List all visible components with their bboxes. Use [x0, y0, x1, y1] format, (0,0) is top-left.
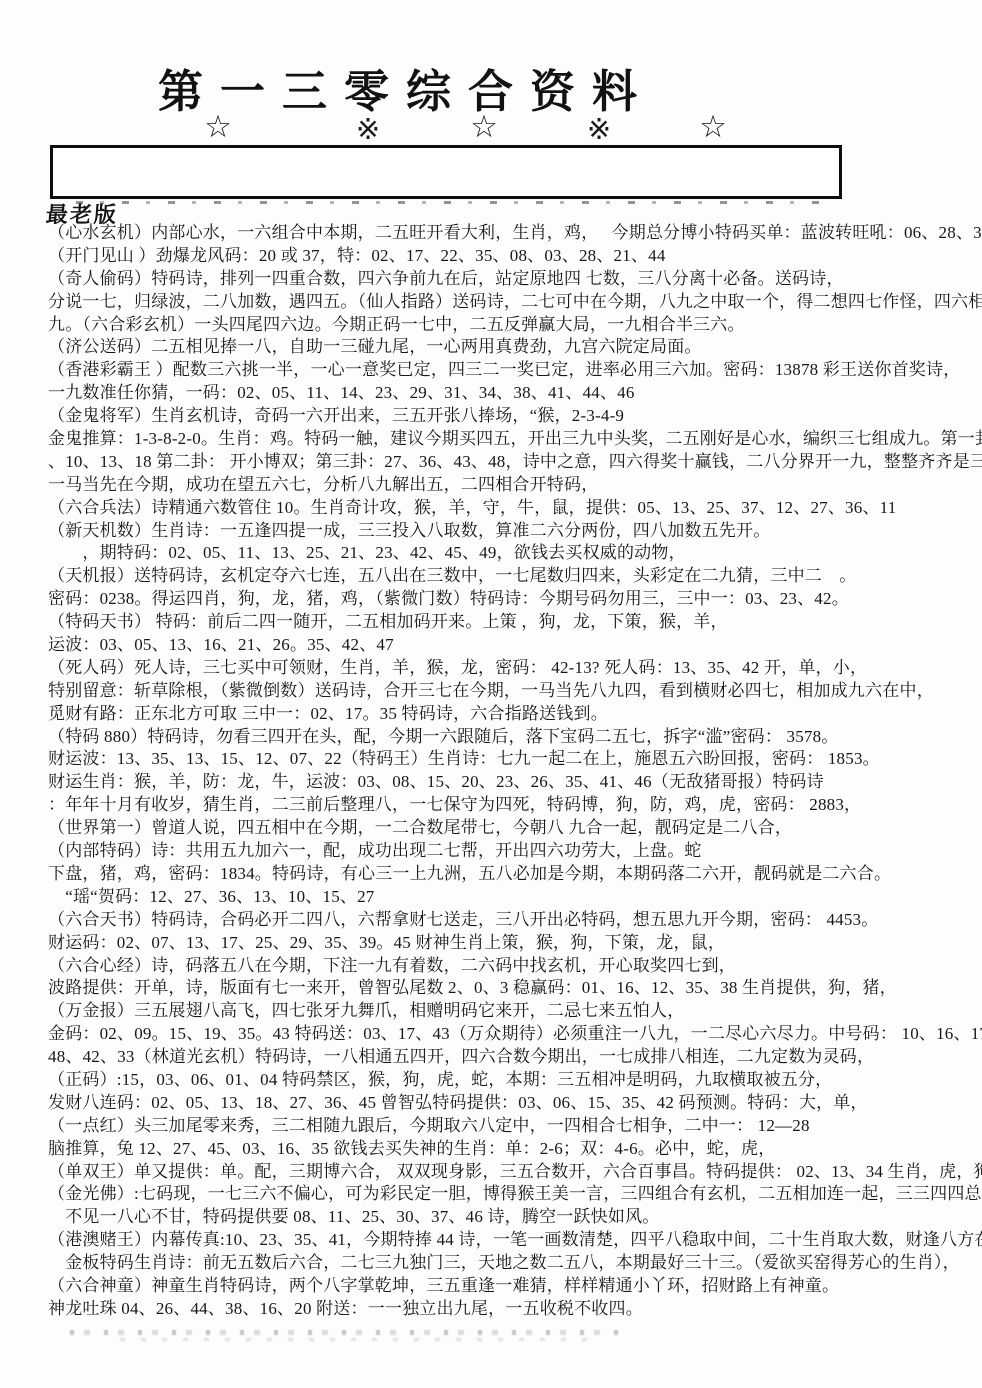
text-line: 金码：02、09。15、19、35。43 特码送：03、17、43（万众期待）必…: [0, 1023, 982, 1046]
star-icon: ☆: [204, 109, 232, 145]
text-line: “瑶“贺码：12、27、36、13、10、15、27: [0, 886, 982, 909]
scan-artifact-dashes: [76, 201, 832, 204]
blank-header-box: [50, 145, 842, 199]
text-line: （世界第一）曾道人说，四五相中在今期，一二合数尾带七，今朝八 九合一起，靓码定是…: [0, 817, 982, 840]
text-line: 48、42、33（林道光玄机）特码诗，一八相通五四开，四六合数今期出，一七成排八…: [0, 1046, 982, 1069]
text-line: 一马当先在今期，成功在望五六七，分析八九解出五，二四相合开特码，: [0, 474, 982, 497]
text-line: 运波：03、05、13、16、21、26。35、42、47: [0, 634, 982, 657]
text-line: ，期特码：02、05、11、13、25、21、23、42、45、49，欲钱去买权…: [0, 542, 982, 565]
text-line: 一九数准任你猜，一码：02、05、11、14、23、29、31、34、38、41…: [0, 382, 982, 405]
text-line: （奇人偷码）特码诗，排列一四重合数，四六争前九在后，站定原地四 七数，三八分离十…: [0, 268, 982, 291]
text-line: 密码：0238。得运四肖，狗，龙，猪，鸡，（紫微门数）特码诗：今期号码勿用三，三…: [0, 588, 982, 611]
text-line: （正码）:15，03、06、01、04 特码禁区，猴，狗，虎，蛇，本期：三五相冲…: [0, 1069, 982, 1092]
text-line: （心水玄机）内部心水，一六组合中本期，二五旺开看大利，生肖，鸡， 今期总分博小特…: [0, 222, 982, 245]
text-line: （金鬼将军）生肖玄机诗，奇码一六开出来，三五开张八捧场，“猴，2-3-4-9: [0, 405, 982, 428]
text-line: （特码天书） 特码：前后二四一随开，二五相加码开来。上策 ，狗，龙，下策，猴，羊…: [0, 611, 982, 634]
text-line: 发财八连码：02、05、13、18、27、36、45 曾智弘特码提供：03、06…: [0, 1092, 982, 1115]
text-line: （六合神童）神童生肖特码诗，两个八字掌乾坤，三五重逢一难猜，样样精通小丫环，招财…: [0, 1275, 982, 1298]
text-line: （一点红）头三加尾零来秀，三二相随九跟后，今期取六八定中，一四相合七相争，二中一…: [0, 1115, 982, 1138]
text-line: （六合兵法）诗精通六数管住 10。生肖奇计攻，猴，羊，守，牛，鼠，提供：05、1…: [0, 497, 982, 520]
text-line: 波路提供：开单，诗，版面有七一来开，曾智弘尾数 2、0、3 稳赢码：01、16、…: [0, 977, 982, 1000]
text-line: （香港彩霸王 ）配数三六挑一半，一心一意奖已定，四三二一奖已定，进率必用三六加。…: [0, 359, 982, 382]
text-line: ：年年十月有收岁，猜生肖，二三前后整理八，一七保守为四死，特码博，狗，防，鸡，虎…: [0, 794, 982, 817]
text-line: 觅财有路：正东北方可取 三中一：02、17。35 特码诗，六合指路送钱到。: [0, 703, 982, 726]
star-icon: ☆: [699, 109, 727, 145]
text-line: （金光佛）:七码现，一七三六不偏心，可为彩民定一胆，博得猴王美一言，三四组合有玄…: [0, 1183, 982, 1206]
text-line: 分说一七，归绿波，二八加数，遇四五。（仙人指路）送码诗，二七可中在今期，八九之中…: [0, 291, 982, 314]
reference-mark-icon: ※: [587, 112, 611, 147]
text-line: 不见一八心不甘，特码提供要 08、11、25、30、37、46 诗，腾空一跃快如…: [0, 1206, 982, 1229]
body-text: （心水玄机）内部心水，一六组合中本期，二五旺开看大利，生肖，鸡， 今期总分博小特…: [0, 222, 982, 1321]
text-line: （内部特码）诗：共用五九加六一，配，成功出现二七帮，开出四六功劳大，上盘。蛇: [0, 840, 982, 863]
text-line: （六合天书）特码诗，合码必开二四八，六帮拿财七送走，三八开出必特码，想五思九开今…: [0, 909, 982, 932]
scan-artifact-faded-line: [120, 1338, 590, 1341]
text-line: （单双王）单又提供：单。配，三期博六合， 双双现身影，三五合数开，六合百事昌。特…: [0, 1161, 982, 1184]
text-line: 、10、13、18 第二卦： 开小博双；第三卦：27、36、43、48，诗中之意…: [0, 451, 982, 474]
text-line: （新天机数）生肖诗：一五逢四提一成，三三投入八取数，算准二六分两份，四八加数五先…: [0, 520, 982, 543]
text-line: （济公送码）二五相见捧一八，自助一三碰九尾，一心两用真费劲，九宫六院定局面。: [0, 336, 982, 359]
text-line: 九。（六合彩玄机）一头四尾四六边。今期正码一七中，二五反弹赢大局，一九相合半三六…: [0, 314, 982, 337]
text-line: 财运波：13、35、13、15、12、07、22（特码王）生肖诗：七九一起二在上…: [0, 748, 982, 771]
text-line: （天机报）送特码诗，玄机定夺六七连，五八出在三数中，一七尾数归四来，头彩定在二九…: [0, 565, 982, 588]
text-line: （港澳赌王）内幕传真:10、23、35、41，今期特捧 44 诗，一笔一画数清楚…: [0, 1229, 982, 1252]
reference-mark-icon: ※: [356, 112, 380, 147]
text-line: （万金报）三五展翅八高飞，四七张牙九舞爪，相赠明码它来开，二忌七来五怕人，: [0, 1000, 982, 1023]
text-line: 脑推算，兔 12、27、45、03、16、35 欲钱去买失神的生肖：单：2-6；…: [0, 1138, 982, 1161]
text-line: 金鬼推算：1-3-8-2-0。生肖：鸡。特码一触，建议今期买四五，开出三九中头奖…: [0, 428, 982, 451]
text-line: 金板特码生肖诗：前无五数后六合，二七三九独门三，天地之数二五八，本期最好三十三。…: [0, 1252, 982, 1275]
text-line: 神龙吐珠 04、26、44、38、16、20 附送：一一独立出九尾，一五收税不收…: [0, 1298, 982, 1321]
scanned-document-page: 第一三零综合资料 ☆ ※ ☆ ※ ☆ 最老版 （心水玄机）内部心水，一六组合中本…: [0, 0, 982, 1388]
text-line: （开门见山 ）劲爆龙风码：20 或 37，特：02、17、22、35、08、03…: [0, 245, 982, 268]
text-line: （死人码）死人诗，三七买中可领财，生肖，羊，猴，龙，密码： 42-13? 死人码…: [0, 657, 982, 680]
text-line: 下盘，猪，鸡，密码：1834。特码诗，有心三一上九洲，五八必加是今期，本期码落二…: [0, 863, 982, 886]
text-line: 特别留意：斩草除根，（紫微倒数）送码诗，合开三七在今期，一马当先八九四，看到横财…: [0, 680, 982, 703]
text-line: 财运生肖：猴，羊，防：龙，牛，运波：03、08、15、20、23、26、35、4…: [0, 771, 982, 794]
text-line: 财运码：02、07、13、17、25、29、35、39。45 财神生肖上策，猴，…: [0, 932, 982, 955]
scan-artifact-faded-line: [70, 1330, 620, 1335]
star-icon: ☆: [470, 109, 498, 145]
page-title: 第一三零综合资料: [158, 55, 654, 120]
text-line: （特码 880）特码诗，勿看三四开在头，配，今期一六跟随后，落下宝码二五七，拆字…: [0, 726, 982, 749]
text-line: （六合心经）诗，码落五八在今期，下注一九有着数，二六码中找玄机，开心取奖四七到，: [0, 955, 982, 978]
